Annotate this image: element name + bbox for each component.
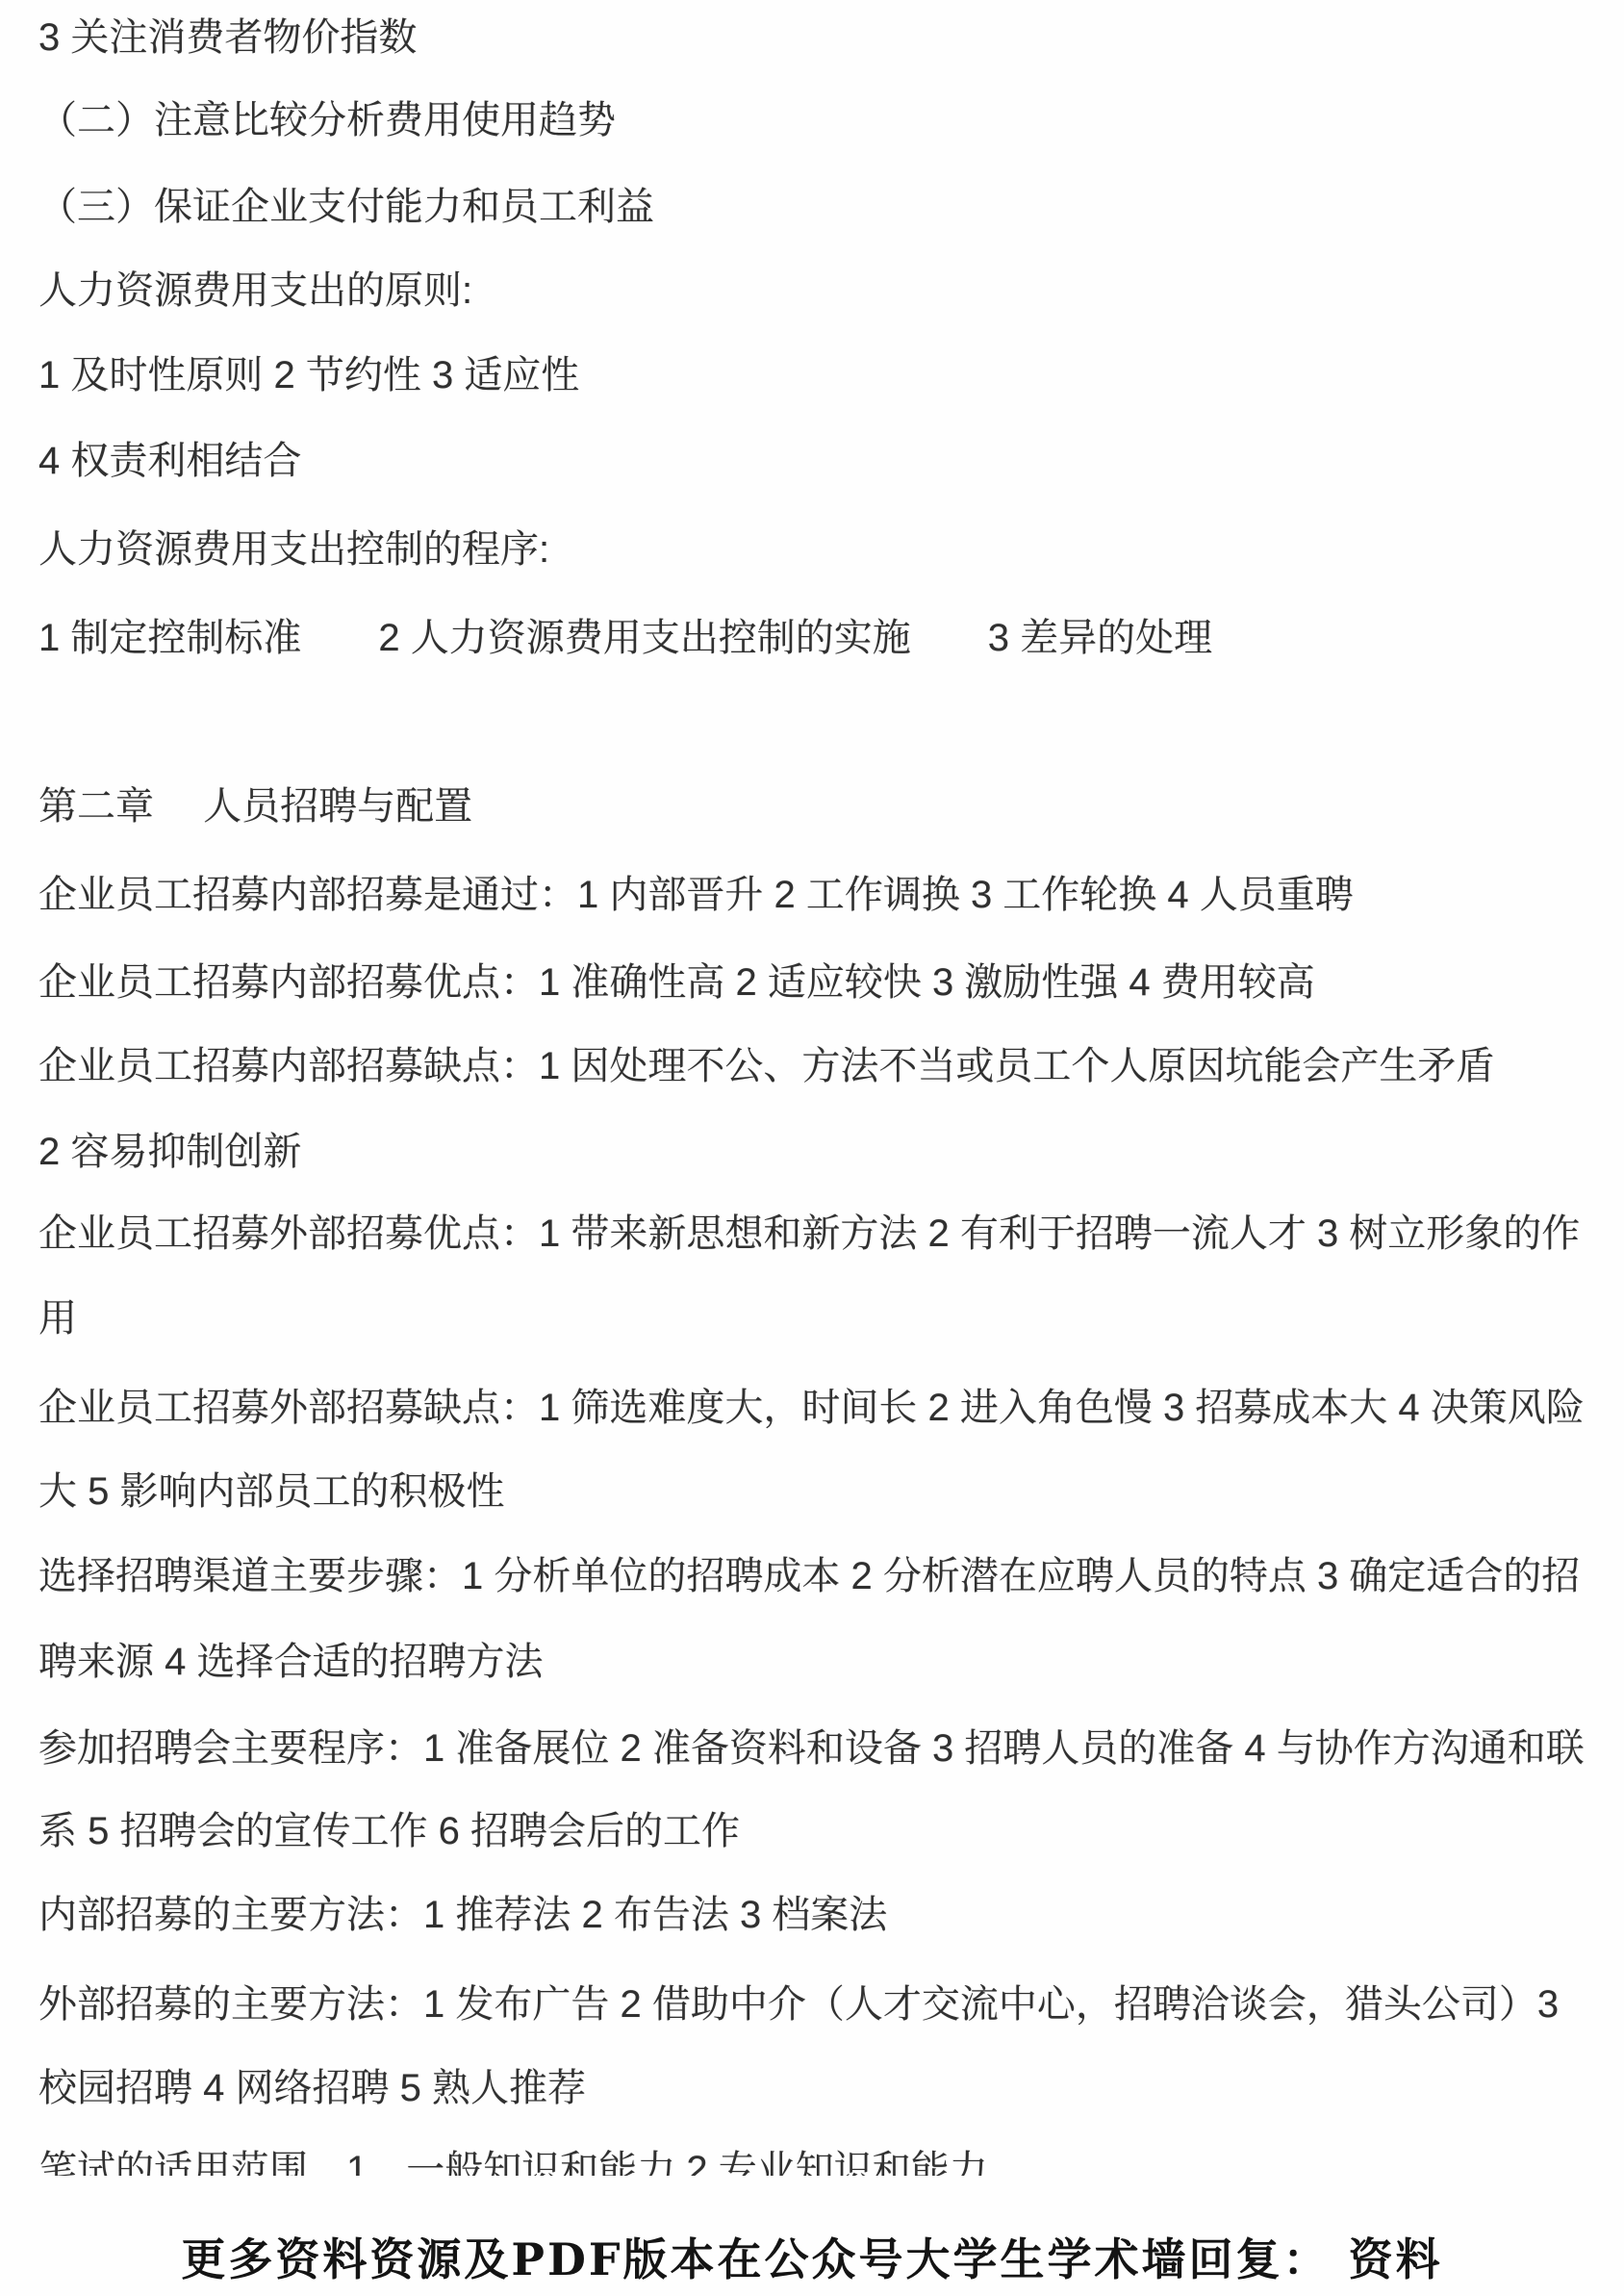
text-line: 企业员工招募外部招募优点：1 带来新思想和新方法 2 有利于招聘一流人才 3 树… [38, 1213, 1580, 1254]
text-line: 企业员工招募内部招募优点：1 准确性高 2 适应较快 3 激励性强 4 费用较高 [38, 962, 1315, 1003]
text-line: 1 制定控制标准 2 人力资源费用支出控制的实施 3 差异的处理 [38, 618, 1212, 658]
text-line: 选择招聘渠道主要步骤：1 分析单位的招聘成本 2 分析潜在应聘人员的特点 3 确… [38, 1556, 1580, 1596]
text-line: 校园招聘 4 网络招聘 5 熟人推荐 [38, 2068, 586, 2108]
text-line-clipped: 笔试的适用范围 1 一般知识和能力 2 专业知识和能力 [38, 2150, 988, 2176]
text-line: 企业员工招募外部招募缺点：1 筛选难度大，时间长 2 进入角色慢 3 招募成本大… [38, 1388, 1585, 1428]
text-line: 外部招募的主要方法：1 发布广告 2 借助中介（人才交流中心，招聘洽谈会，猎头公… [38, 1984, 1559, 2025]
text-line: 系 5 招聘会的宣传工作 6 招聘会后的工作 [38, 1811, 740, 1851]
text-line: 4 权责利相结合 [38, 441, 301, 481]
text-line: （三）保证企业支付能力和员工利益 [38, 187, 654, 227]
text-line: 用 [38, 1298, 77, 1339]
document-page: 3 关注消费者物价指数 （二）注意比较分析费用使用趋势 （三）保证企业支付能力和… [0, 0, 1624, 2296]
text-line: 1 及时性原则 2 节约性 3 适应性 [38, 355, 579, 395]
footer-watermark-note: 更多资料资源及PDF版本在公众号大学生学术墙回复： 资料 [0, 2225, 1624, 2288]
chapter-heading: 第二章 人员招聘与配置 [38, 786, 472, 827]
text-line: 企业员工招募内部招募缺点：1 因处理不公、方法不当或员工个人原因坑能会产生矛盾 [38, 1046, 1494, 1086]
text-line: （二）注意比较分析费用使用趋势 [38, 100, 616, 140]
text-line: 2 容易抑制创新 [38, 1132, 301, 1172]
text-line: 人力资源费用支出控制的程序: [38, 529, 549, 570]
text-line: 企业员工招募内部招募是通过：1 内部晋升 2 工作调换 3 工作轮换 4 人员重… [38, 875, 1354, 915]
text-line: 参加招聘会主要程序：1 准备展位 2 准备资料和设备 3 招聘人员的准备 4 与… [38, 1728, 1585, 1769]
text-line: 聘来源 4 选择合适的招聘方法 [38, 1642, 543, 1682]
text-line: 3 关注消费者物价指数 [38, 17, 417, 58]
text-line: 大 5 影响内部员工的积极性 [38, 1471, 504, 1512]
text-line: 内部招募的主要方法：1 推荐法 2 布告法 3 档案法 [38, 1895, 887, 1935]
text-line: 人力资源费用支出的原则: [38, 270, 472, 311]
